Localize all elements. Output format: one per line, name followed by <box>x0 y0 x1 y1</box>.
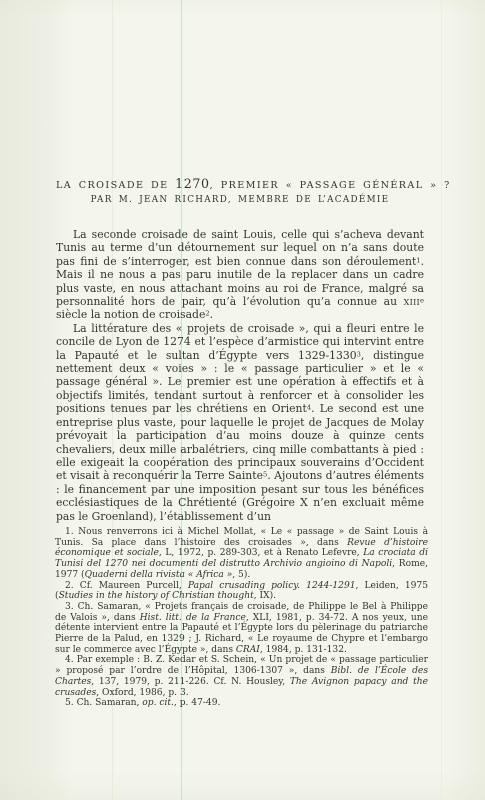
article-heading: LA CROISADE DE 1270, PREMIER « PASSAGE G… <box>56 177 424 207</box>
footnote-2: 2. Cf. Maureen Purcell, Papal crusading … <box>55 581 428 602</box>
body-paragraph: La littérature des « projets de croisade… <box>56 322 424 523</box>
footnotes-section: 1. Nous renverrons ici à Michel Mollat, … <box>55 527 428 709</box>
scan-artifact-line <box>441 0 442 800</box>
article-author-line: PAR M. JEAN RICHARD, MEMBRE DE L’ACADÉMI… <box>56 193 424 207</box>
article-title: LA CROISADE DE 1270, PREMIER « PASSAGE G… <box>56 177 424 193</box>
footnote-4: 4. Par exemple : B. Z. Kedar et S. Schei… <box>55 655 428 698</box>
journal-page: LA CROISADE DE 1270, PREMIER « PASSAGE G… <box>0 0 485 800</box>
body-paragraph: La seconde croisade de saint Louis, cell… <box>56 228 424 322</box>
footnote-1: 1. Nous renverrons ici à Michel Mollat, … <box>55 527 428 581</box>
article-body: La seconde croisade de saint Louis, cell… <box>56 228 424 523</box>
footnote-5: 5. Ch. Samaran, op. cit., p. 47-49. <box>55 698 428 709</box>
footnote-3: 3. Ch. Samaran, « Projets français de cr… <box>55 602 428 656</box>
